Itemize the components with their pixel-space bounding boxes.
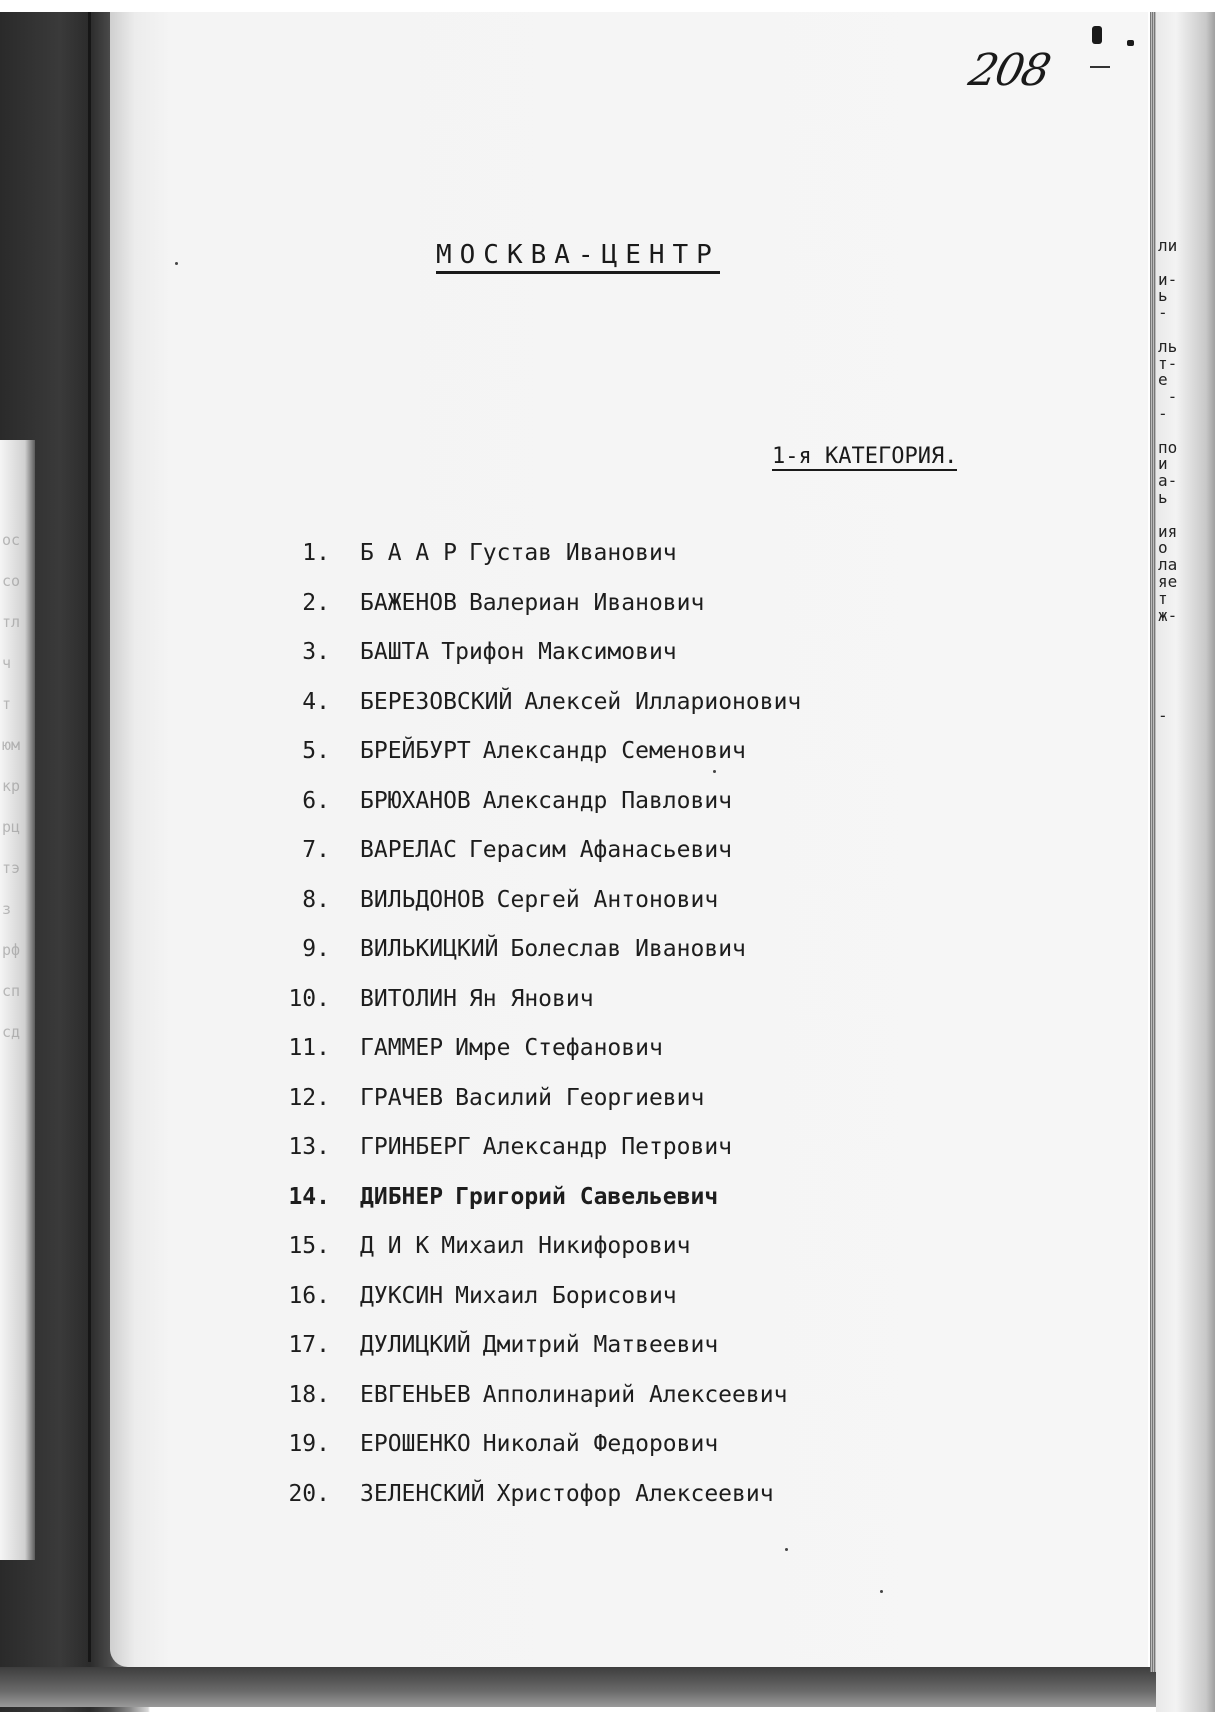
- entry-surname: ВАРЕЛАС: [360, 837, 457, 863]
- entry-number: 5.: [270, 738, 360, 764]
- list-item: 14.ДИБНЕРГригорий Савельевич: [270, 1184, 801, 1234]
- entry-surname: ДИБНЕР: [360, 1184, 443, 1210]
- entry-given-name: Имре Стефанович: [455, 1035, 663, 1061]
- entry-surname: Д И К: [360, 1233, 429, 1259]
- speck: [713, 770, 716, 773]
- entry-given-name: Валериан Иванович: [469, 590, 704, 616]
- entry-number: 10.: [270, 986, 360, 1012]
- list-item: 13.ГРИНБЕРГАлександр Петрович: [270, 1134, 801, 1184]
- entry-surname: ГРИНБЕРГ: [360, 1134, 471, 1160]
- name-list: 1.Б А А РГустав Иванович2.БАЖЕНОВВалериа…: [270, 540, 801, 1530]
- entry-number: 13.: [270, 1134, 360, 1160]
- list-item: 3.БАШТАТрифон Максимович: [270, 639, 801, 689]
- entry-given-name: Болеслав Иванович: [510, 936, 745, 962]
- category-heading: 1-я КАТЕГОРИЯ.: [772, 444, 957, 471]
- ink-mark: [1127, 40, 1134, 46]
- entry-surname: БРЕЙБУРТ: [360, 738, 471, 764]
- entry-given-name: Сергей Антонович: [497, 887, 719, 913]
- list-item: 18.ЕВГЕНЬЕВАпполинарий Алексеевич: [270, 1382, 801, 1432]
- list-item: 9.ВИЛЬКИЦКИЙБолеслав Иванович: [270, 936, 801, 986]
- entry-given-name: Ян Янович: [469, 986, 594, 1012]
- entry-number: 18.: [270, 1382, 360, 1408]
- entry-number: 6.: [270, 788, 360, 814]
- list-item: 7.ВАРЕЛАСГерасим Афанасьевич: [270, 837, 801, 887]
- entry-surname: ЕРОШЕНКО: [360, 1431, 471, 1457]
- entry-number: 17.: [270, 1332, 360, 1358]
- next-page-margin-text: ли и- ь - ль т- е - - по и а- ь ия о ла …: [1158, 238, 1208, 725]
- entry-given-name: Михаил Никифорович: [441, 1233, 690, 1259]
- ink-mark: [1090, 62, 1110, 68]
- entry-given-name: Николай Федорович: [483, 1431, 718, 1457]
- list-item: 20.ЗЕЛЕНСКИЙХристофор Алексеевич: [270, 1481, 801, 1531]
- entry-number: 9.: [270, 936, 360, 962]
- entry-surname: ВИЛЬКИЦКИЙ: [360, 936, 498, 962]
- entry-number: 11.: [270, 1035, 360, 1061]
- entry-surname: ЕВГЕНЬЕВ: [360, 1382, 471, 1408]
- list-item: 15.Д И КМихаил Никифорович: [270, 1233, 801, 1283]
- list-item: 8.ВИЛЬДОНОВСергей Антонович: [270, 887, 801, 937]
- list-item: 6.БРЮХАНОВАлександр Павлович: [270, 788, 801, 838]
- entry-surname: ДУКСИН: [360, 1283, 443, 1309]
- entry-given-name: Алексей Илларионович: [524, 689, 801, 715]
- entry-given-name: Дмитрий Матвеевич: [483, 1332, 718, 1358]
- entry-given-name: Александр Семенович: [483, 738, 746, 764]
- entry-number: 3.: [270, 639, 360, 665]
- ink-mark: [1092, 26, 1102, 44]
- entry-given-name: Александр Петрович: [483, 1134, 732, 1160]
- entry-number: 16.: [270, 1283, 360, 1309]
- entry-number: 8.: [270, 887, 360, 913]
- binding-line: [88, 12, 91, 1662]
- entry-given-name: Трифон Максимович: [441, 639, 676, 665]
- entry-surname: БЕРЕЗОВСКИЙ: [360, 689, 512, 715]
- entry-given-name: Герасим Афанасьевич: [469, 837, 732, 863]
- entry-surname: ДУЛИЦКИЙ: [360, 1332, 471, 1358]
- list-item: 19.ЕРОШЕНКОНиколай Федорович: [270, 1431, 801, 1481]
- entry-number: 14.: [270, 1184, 360, 1210]
- list-item: 1.Б А А РГустав Иванович: [270, 540, 801, 590]
- list-item: 4.БЕРЕЗОВСКИЙАлексей Илларионович: [270, 689, 801, 739]
- entry-surname: БРЮХАНОВ: [360, 788, 471, 814]
- entry-given-name: Михаил Борисович: [455, 1283, 677, 1309]
- entry-surname: БАШТА: [360, 639, 429, 665]
- document-title: МОСКВА-ЦЕНТР: [436, 240, 720, 274]
- list-item: 16.ДУКСИНМихаил Борисович: [270, 1283, 801, 1333]
- entry-number: 7.: [270, 837, 360, 863]
- entry-number: 12.: [270, 1085, 360, 1111]
- entry-number: 20.: [270, 1481, 360, 1507]
- previous-page-bleed-text: oc co тл ч т юм кр рц тэ з рф сп сд: [2, 520, 42, 1053]
- entry-given-name: Григорий Савельевич: [455, 1184, 718, 1210]
- list-item: 2.БАЖЕНОВВалериан Иванович: [270, 590, 801, 640]
- speck: [880, 1590, 883, 1593]
- entry-number: 19.: [270, 1431, 360, 1457]
- entry-given-name: Апполинарий Алексеевич: [483, 1382, 788, 1408]
- list-item: 12.ГРАЧЕВВасилий Георгиевич: [270, 1085, 801, 1135]
- entry-number: 4.: [270, 689, 360, 715]
- entry-surname: ГРАЧЕВ: [360, 1085, 443, 1111]
- entry-surname: ЗЕЛЕНСКИЙ: [360, 1481, 485, 1507]
- list-item: 17.ДУЛИЦКИЙДмитрий Матвеевич: [270, 1332, 801, 1382]
- bottom-shadow: [0, 1667, 1200, 1707]
- list-item: 10.ВИТОЛИНЯн Янович: [270, 986, 801, 1036]
- entry-given-name: Василий Георгиевич: [455, 1085, 704, 1111]
- speck: [785, 1548, 788, 1551]
- entry-surname: ГАММЕР: [360, 1035, 443, 1061]
- entry-number: 1.: [270, 540, 360, 566]
- entry-surname: БАЖЕНОВ: [360, 590, 457, 616]
- speck: [175, 262, 178, 265]
- list-item: 11.ГАММЕРИмре Стефанович: [270, 1035, 801, 1085]
- entry-surname: Б А А Р: [360, 540, 457, 566]
- entry-given-name: Александр Павлович: [483, 788, 732, 814]
- entry-number: 15.: [270, 1233, 360, 1259]
- entry-number: 2.: [270, 590, 360, 616]
- entry-given-name: Густав Иванович: [469, 540, 677, 566]
- list-item: 5.БРЕЙБУРТАлександр Семенович: [270, 738, 801, 788]
- entry-surname: ВИТОЛИН: [360, 986, 457, 1012]
- handwritten-page-number: 208: [965, 45, 1054, 96]
- entry-given-name: Христофор Алексеевич: [497, 1481, 774, 1507]
- entry-surname: ВИЛЬДОНОВ: [360, 887, 485, 913]
